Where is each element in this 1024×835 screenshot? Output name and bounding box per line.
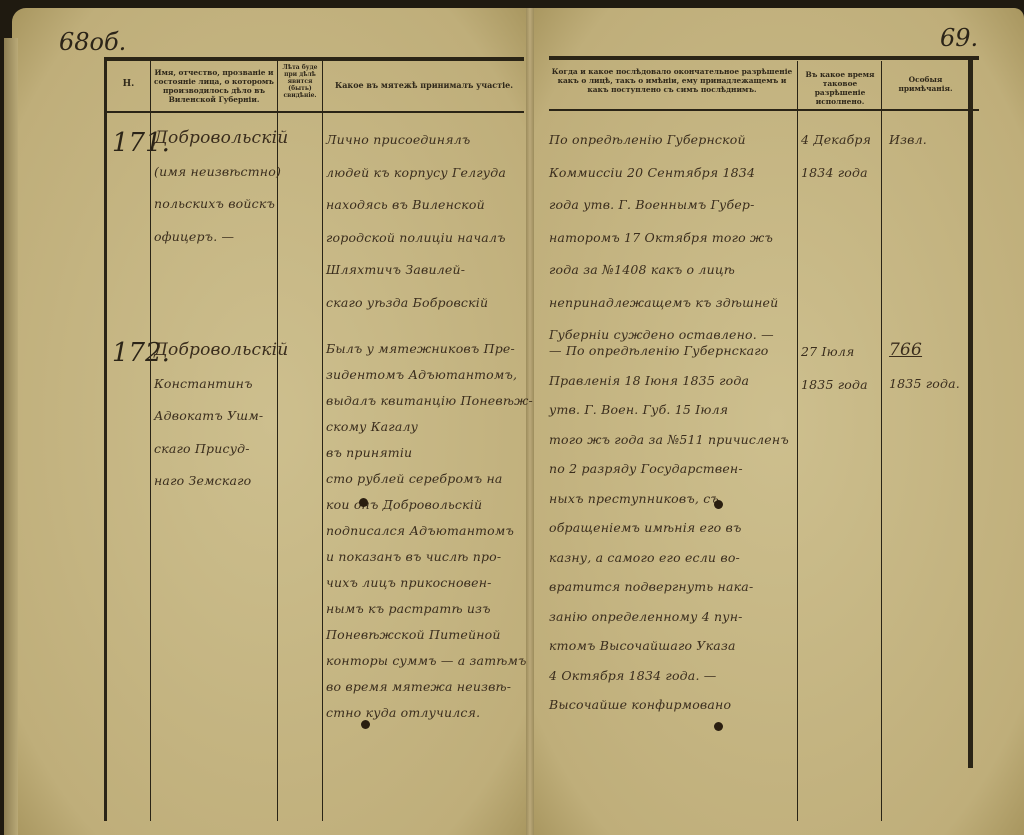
col-rule [150,61,151,821]
entry-role: Былъ у мятежниковъ Пре- зидентомъ Адъюта… [326,336,533,726]
header-role: Какое въ мятежѣ принималъ участіе. [324,81,524,90]
col-rule [322,61,323,821]
entry-resolution: — По опредѣленію Губернскаго Правленія 1… [549,336,789,720]
entry-role: Лично присоединялъ людей къ корпусу Гелг… [326,124,506,319]
binding-hole [714,722,723,731]
entry-notes: Извл. [889,124,927,157]
folio-left: 68об. [59,28,126,56]
binding-hole [359,498,368,507]
header-number: Н. [107,80,150,89]
binding-hole [361,720,370,729]
entry-resolution: По опредѣленію Губернской Коммиссіи 20 С… [549,124,778,352]
entry-notes: 766 1835 года. [889,334,960,400]
col-rule [104,61,107,821]
header-presence: Лѣта буде при дѣлѣ явится (быть) свидѣні… [278,64,322,99]
entry-name: Добровольскій (имя неизвѣстно) польскихъ… [154,122,288,253]
header-bottom-rule-right [549,109,979,111]
header-notes: Особыя примѣчанія. [883,75,968,93]
entry-name: Добровольскій Константинъ Адвокатъ Ушм- … [154,334,288,498]
col-rule [797,61,798,821]
header-name: Имя, отчество, прозваніе и состояніе лиц… [152,68,276,104]
ledger-book: 68об. 69. Н. Имя, отчество, прозваніе и … [4,8,1024,835]
header-executed: Въ какое время таковое разрѣшеніе исполн… [799,70,881,106]
header-bottom-rule-left [104,111,524,113]
col-rule-outer [968,58,973,768]
header-top-rule-left [104,57,524,61]
entry-executed: 4 Декабря 1834 года [801,124,871,189]
header-resolution: Когда и какое послѣдовало окончательное … [549,67,795,94]
entry-executed: 27 Іюля 1835 года [801,336,868,401]
folio-right: 69. [940,24,978,52]
page-edge-stack [4,38,18,835]
binding-hole [714,500,723,509]
col-rule [881,61,882,821]
header-top-rule-right [549,56,979,60]
